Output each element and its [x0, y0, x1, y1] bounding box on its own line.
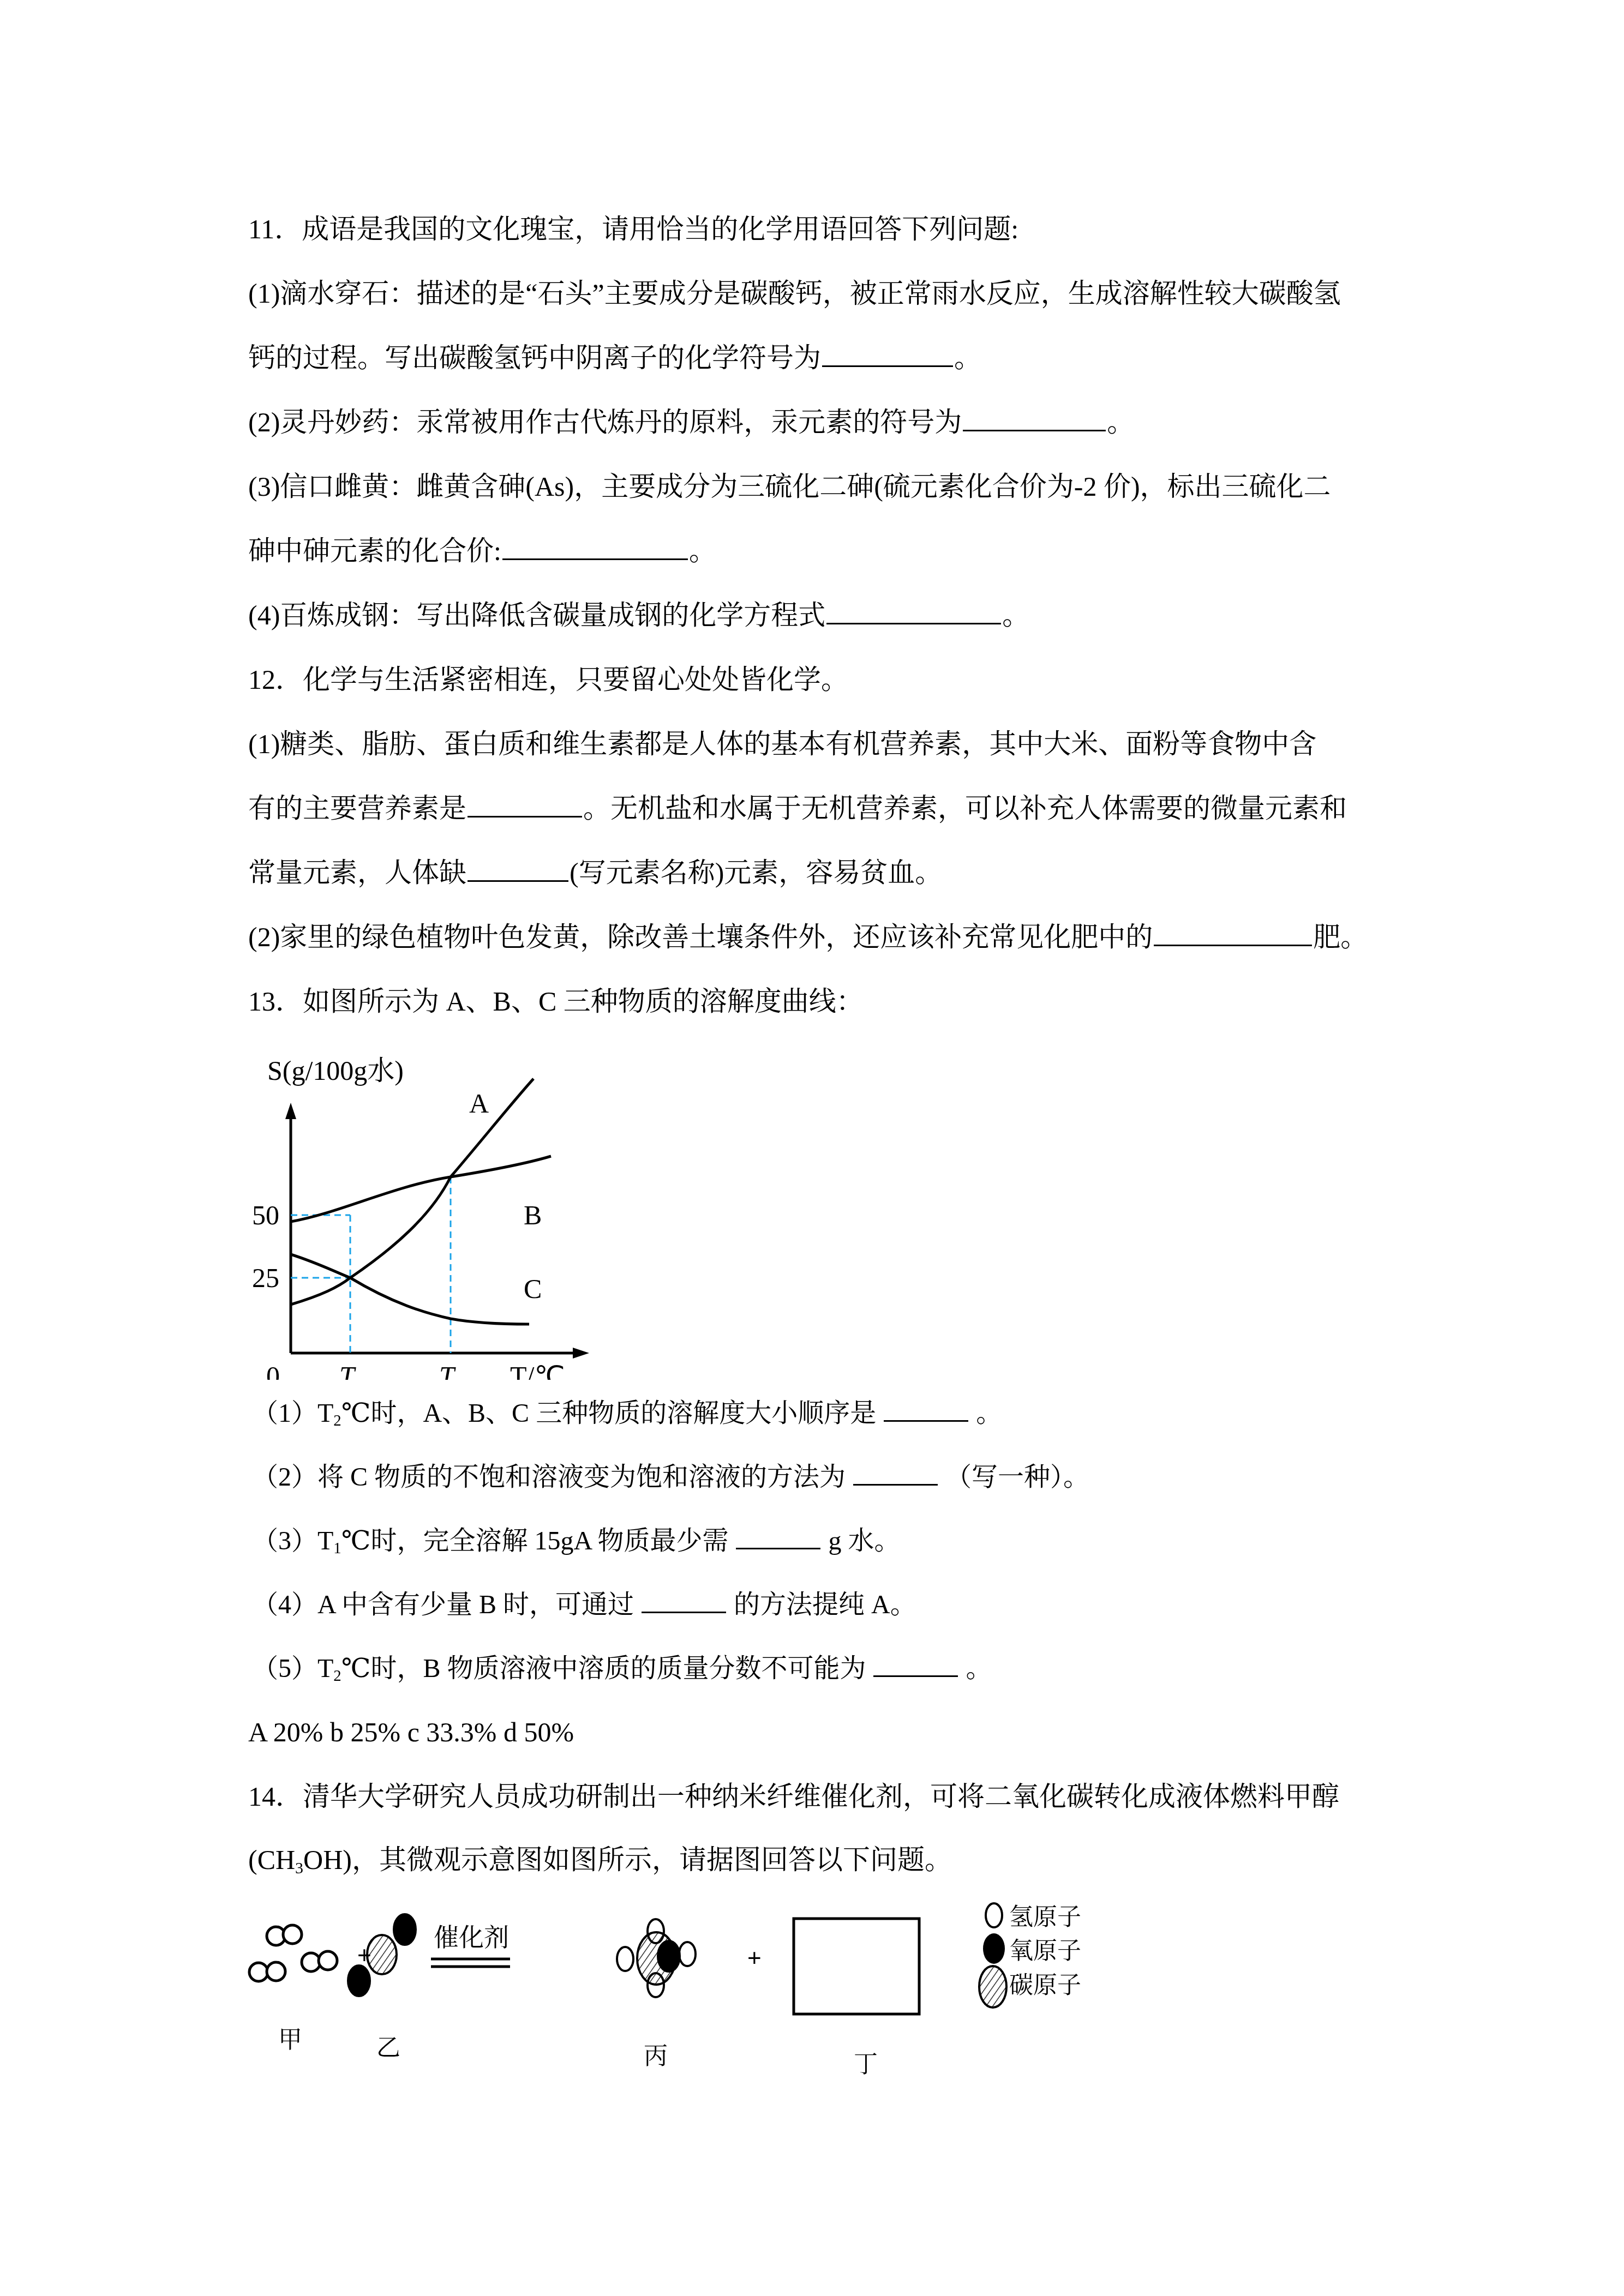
- q12-part1-line1: (1)糖类、脂肪、蛋白质和维生素都是人体的基本有机营养素，其中大米、面粉等食物中…: [248, 728, 1316, 760]
- q11-part3-text: 砷中砷元素的化合价:: [248, 536, 501, 566]
- q13-sub3-suffix: g 水。: [822, 1526, 900, 1555]
- punct: 。: [689, 536, 716, 566]
- curve-c: [291, 1254, 529, 1324]
- hydrogen-molecules-icon: [249, 1925, 337, 1981]
- q11-part4-text: (4)百炼成钢：写出降低含碳量成钢的化学方程式: [248, 600, 825, 630]
- catalyst-label: 催化剂: [434, 1924, 509, 1951]
- legend: 氢原子 氧原子 碳原子: [979, 1903, 1081, 2008]
- q13-sub3: （3）T1℃时，完全溶解 15gA 物质最少需 g 水。: [252, 1524, 900, 1565]
- curve-b-label: B: [524, 1200, 542, 1230]
- q13-options: A 20% b 25% c 33.3% d 50%: [248, 1716, 574, 1748]
- answer-blank-q13-1[interactable]: [884, 1396, 968, 1422]
- q13-sub5-prefix: （5）T: [252, 1654, 333, 1683]
- answer-blank-q13-2[interactable]: [853, 1460, 938, 1486]
- q13-sub3-prefix: （3）T: [252, 1526, 333, 1555]
- answer-blank-q11-4[interactable]: [826, 599, 1001, 624]
- answer-blank-q13-5[interactable]: [873, 1651, 958, 1677]
- legend-hydrogen: 氢原子: [1009, 1904, 1081, 1931]
- q13-sub4-text: （4）A 中含有少量 B 时，可通过: [252, 1590, 640, 1619]
- q12-part1-text2: 常量元素，人体缺: [248, 857, 466, 888]
- punct: 。: [969, 1399, 1002, 1428]
- punct: 。: [954, 342, 981, 373]
- curve-a: [291, 1079, 534, 1305]
- q13-sub1: （1）T2℃时，A、B、C 三种物质的溶解度大小顺序是 。: [252, 1396, 1002, 1437]
- q14-title-line2: (CH3OH)，其微观示意图如图所示，请据图回答以下问题。: [248, 1843, 952, 1885]
- answer-blank-q12-2[interactable]: [468, 856, 568, 882]
- curve-c-label: C: [524, 1273, 542, 1304]
- answer-blank-q13-4[interactable]: [642, 1588, 726, 1613]
- q12-title: 12．化学与生活紧密相连，只要留心处处皆化学。: [248, 663, 848, 696]
- q13-sub4-suffix: 的方法提纯 A。: [727, 1590, 916, 1619]
- q13-sub5: （5）T2℃时，B 物质溶液中溶质的质量分数不可能为 。: [252, 1651, 992, 1692]
- q13-sub2: （2）将 C 物质的不饱和溶液变为饱和溶液的方法为 （写一种）。: [252, 1460, 1089, 1494]
- legend-carbon: 碳原子: [1009, 1972, 1081, 1999]
- q12-part1-line3: 常量元素，人体缺(写元素名称)元素，容易贫血。: [248, 856, 942, 889]
- q13-sub1-prefix: （1）T: [252, 1399, 333, 1428]
- q12-part1-text: 有的主要营养素是: [248, 793, 466, 824]
- x-axis-arrow-icon: [573, 1348, 589, 1359]
- subscript: 2: [333, 1412, 341, 1429]
- label-bing: 丙: [644, 2043, 668, 2070]
- label-ding: 丁: [854, 2051, 878, 2078]
- q13-sub1-text: ℃时，A、B、C 三种物质的溶解度大小顺序是: [341, 1399, 883, 1428]
- q12-part1-text2-cont: (写元素名称)元素，容易贫血。: [570, 857, 942, 888]
- carbon-atom-icon: [979, 1966, 1006, 2008]
- answer-blank-q12-3[interactable]: [1154, 921, 1312, 946]
- hydrogen-atom-icon: [986, 1903, 1002, 1927]
- answer-blank-q11-3[interactable]: [502, 534, 688, 560]
- subscript: 2: [333, 1667, 341, 1685]
- q11-title: 11．成语是我国的文化瑰宝，请用恰当的化学用语回答下列问题:: [248, 213, 1018, 245]
- curve-b: [291, 1156, 551, 1222]
- q13-sub5-text: ℃时，B 物质溶液中溶质的质量分数不可能为: [341, 1654, 873, 1683]
- q13-sub4: （4）A 中含有少量 B 时，可通过 的方法提纯 A。: [252, 1588, 916, 1621]
- q11-part1-text: 钙的过程。写出碳酸氢钙中阴离子的化学符号为: [248, 342, 821, 373]
- legend-oxygen: 氧原子: [1009, 1938, 1081, 1964]
- solubility-curve-chart: S(g/100g水) A B C 50 25 0 T1 T2 T/℃: [240, 1053, 611, 1380]
- answer-blank-q12-1[interactable]: [468, 792, 582, 818]
- plus-sign-2: +: [747, 1945, 762, 1972]
- q12-part2-text: (2)家里的绿色植物叶色发黄，除改善土壤条件外，还应该补充常见化肥中的: [248, 922, 1153, 952]
- q13-sub3-text: ℃时，完全溶解 15gA 物质最少需: [341, 1526, 735, 1555]
- q12-part2: (2)家里的绿色植物叶色发黄，除改善土壤条件外，还应该补充常见化肥中的肥。: [248, 921, 1368, 953]
- answer-blank-q11-1[interactable]: [822, 341, 953, 367]
- x-tick-t1: T1: [339, 1361, 363, 1380]
- q11-part3-line1: (3)信口雌黄：雌黄含砷(As)，主要成分为三硫化二砷(硫元素化合价为-2 价)…: [248, 470, 1331, 503]
- q12-part1-line2: 有的主要营养素是。无机盐和水属于无机营养素，可以补充人体需要的微量元素和: [248, 792, 1347, 825]
- q14-title-line1: 14．清华大学研究人员成功研制出一种纳米纤维催化剂，可将二氧化碳转化成液体燃料甲…: [248, 1780, 1339, 1813]
- subscript: 1: [333, 1540, 341, 1557]
- punct: 。: [1107, 407, 1134, 437]
- curve-a-label: A: [469, 1088, 489, 1119]
- answer-blank-q11-2[interactable]: [963, 406, 1106, 431]
- reaction-diagram: + 催化剂 + 氢原子 氧原子 碳原子 甲 乙 丙 丁: [229, 1892, 1156, 2100]
- q12-part1-text-cont: 。无机盐和水属于无机营养素，可以补充人体需要的微量元素和: [583, 793, 1347, 824]
- methanol-molecule-icon: [617, 1919, 696, 1997]
- y-tick-25: 25: [252, 1263, 279, 1293]
- q13-title: 13．如图所示为 A、B、C 三种物质的溶解度曲线：: [248, 985, 864, 1018]
- q12-part2-suffix: 肥。: [1313, 922, 1368, 952]
- q13-sub2-suffix: （写一种）。: [939, 1463, 1089, 1492]
- q11-part4: (4)百炼成钢：写出降低含碳量成钢的化学方程式。: [248, 599, 1029, 632]
- q11-part2: (2)灵丹妙药：汞常被用作古代炼丹的原料，汞元素的符号为。: [248, 406, 1134, 438]
- origin-label: 0: [266, 1361, 280, 1380]
- y-tick-50: 50: [252, 1200, 279, 1230]
- q11-part3-line2: 砷中砷元素的化合价:。: [248, 534, 716, 567]
- q14-title-text: OH)，其微观示意图如图所示，请据图回答以下问题。: [303, 1844, 952, 1875]
- punct: 。: [1002, 600, 1029, 630]
- x-axis-label: T/℃: [510, 1361, 565, 1380]
- subscript: 3: [295, 1859, 303, 1877]
- label-yi: 乙: [376, 2035, 400, 2061]
- answer-blank-q13-3[interactable]: [736, 1524, 820, 1549]
- q11-part1-line1: (1)滴水穿石：描述的是“石头”主要成分是碳酸钙，被正常雨水反应，生成溶解性较大…: [248, 277, 1341, 310]
- q11-part2-text: (2)灵丹妙药：汞常被用作古代炼丹的原料，汞元素的符号为: [248, 407, 962, 437]
- y-axis-label: S(g/100g水): [267, 1055, 404, 1086]
- punct: 。: [959, 1654, 992, 1683]
- label-jia: 甲: [278, 2027, 302, 2053]
- y-axis-arrow-icon: [285, 1103, 296, 1119]
- oxygen-atom-icon: [983, 1933, 1005, 1964]
- q11-part1-line2: 钙的过程。写出碳酸氢钙中阴离子的化学符号为。: [248, 341, 981, 374]
- product-box: [794, 1919, 919, 2014]
- q13-sub2-text: （2）将 C 物质的不饱和溶液变为饱和溶液的方法为: [252, 1463, 852, 1492]
- formula-prefix: (CH: [248, 1844, 295, 1875]
- x-tick-t2: T2: [439, 1361, 463, 1380]
